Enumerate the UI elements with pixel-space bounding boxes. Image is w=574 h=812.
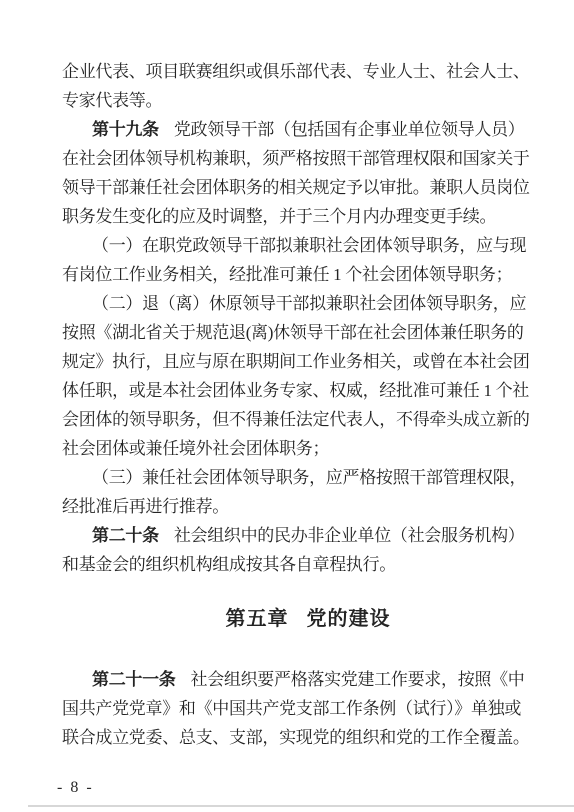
body-lines-2: 第二十一条社会组织要严格落实党建工作要求，按照《中国共产党党章》和《中国共产党支… xyxy=(62,665,534,752)
body-lines-1: 企业代表、项目联赛组织或俱乐部代表、专业人士、社会人士、专家代表等。第十九条党政… xyxy=(62,57,534,579)
chapter-title: 党的建设 xyxy=(307,608,391,630)
document-content: 企业代表、项目联赛组织或俱乐部代表、专业人士、社会人士、专家代表等。第十九条党政… xyxy=(62,57,534,752)
line-text: 有岗位工作业务相关，经批准可兼任 1 个社会团体领导职务； xyxy=(62,265,512,284)
line-text: 专家代表等。 xyxy=(62,91,162,110)
document-line: 按照《湖北省关于规范退(离)休领导干部在社会团体兼任职务的 xyxy=(62,318,534,347)
document-line: （三）兼任社会团体领导职务，应严格按照干部管理权限， xyxy=(62,463,534,492)
document-line: 会团体的领导职务，但不得兼任法定代表人，不得牵头成立新的 xyxy=(62,405,534,434)
document-line: 社会团体或兼任境外社会团体职务； xyxy=(62,434,534,463)
article-number: 第二十条 xyxy=(92,526,159,545)
document-line: 第二十条社会组织中的民办非企业单位（社会服务机构） xyxy=(62,521,534,550)
line-text: 和基金会的组织机构组成按其各自章程执行。 xyxy=(62,555,396,574)
document-line: 企业代表、项目联赛组织或俱乐部代表、专业人士、社会人士、 xyxy=(62,57,534,86)
line-text: 国共产党党章》和《中国共产党支部工作条例（试行）》单独或 xyxy=(62,699,521,718)
line-text: 规定》执行，且应与原在职期间工作业务相关，或曾在本社会团 xyxy=(62,352,530,371)
line-text: 经批准后再进行推荐。 xyxy=(62,497,229,516)
line-text: 按照《湖北省关于规范退(离)休领导干部在社会团体兼任职务的 xyxy=(62,323,524,342)
line-text: （二）退（离）休原领导干部拟兼职社会团体领导职务，应 xyxy=(92,294,526,313)
document-line: （一）在职党政领导干部拟兼职社会团体领导职务，应与现 xyxy=(62,231,534,260)
chapter-number: 第五章 xyxy=(226,608,289,630)
document-line: 职务发生变化的应及时调整，并于三个月内办理变更手续。 xyxy=(62,202,534,231)
document-line: 第二十一条社会组织要严格落实党建工作要求，按照《中 xyxy=(62,665,534,694)
line-text: 职务发生变化的应及时调整，并于三个月内办理变更手续。 xyxy=(62,207,496,226)
page-number: - 8 - xyxy=(57,779,94,797)
document-line: 专家代表等。 xyxy=(62,86,534,115)
line-text: 党政领导干部（包括国有企事业单位领导人员） xyxy=(174,120,525,139)
document-line: 国共产党党章》和《中国共产党支部工作条例（试行）》单独或 xyxy=(62,694,534,723)
document-line: 第十九条党政领导干部（包括国有企事业单位领导人员） xyxy=(62,115,534,144)
document-line: 经批准后再进行推荐。 xyxy=(62,492,534,521)
document-line: （二）退（离）休原领导干部拟兼职社会团体领导职务，应 xyxy=(62,289,534,318)
document-line: 联合成立党委、总支、支部，实现党的组织和党的工作全覆盖。 xyxy=(62,723,534,752)
line-text: 体任职，或是本社会团体业务专家、权威，经批准可兼任 1 个社 xyxy=(62,381,529,400)
line-text: 领导干部兼任社会团体职务的相关规定予以审批。兼职人员岗位 xyxy=(62,178,530,197)
line-text: （三）兼任社会团体领导职务，应严格按照干部管理权限， xyxy=(92,468,526,487)
document-line: 有岗位工作业务相关，经批准可兼任 1 个社会团体领导职务； xyxy=(62,260,534,289)
line-text: 社会团体或兼任境外社会团体职务； xyxy=(62,439,329,458)
document-line: 体任职，或是本社会团体业务专家、权威，经批准可兼任 1 个社 xyxy=(62,376,534,405)
chapter-heading: 第五章党的建设 xyxy=(72,605,544,634)
line-text: 企业代表、项目联赛组织或俱乐部代表、专业人士、社会人士、 xyxy=(62,62,530,81)
line-text: 会团体的领导职务，但不得兼任法定代表人，不得牵头成立新的 xyxy=(62,410,530,429)
document-line: 规定》执行，且应与原在职期间工作业务相关，或曾在本社会团 xyxy=(62,347,534,376)
line-text: （一）在职党政领导干部拟兼职社会团体领导职务，应与现 xyxy=(92,236,526,255)
line-text: 在社会团体领导机构兼职，须严格按照干部管理权限和国家关于 xyxy=(62,149,530,168)
document-line: 领导干部兼任社会团体职务的相关规定予以审批。兼职人员岗位 xyxy=(62,173,534,202)
document-page: 企业代表、项目联赛组织或俱乐部代表、专业人士、社会人士、专家代表等。第十九条党政… xyxy=(0,0,574,812)
line-text: 社会组织要严格落实党建工作要求，按照《中 xyxy=(191,670,525,689)
document-line: 和基金会的组织机构组成按其各自章程执行。 xyxy=(62,550,534,579)
line-text: 社会组织中的民办非企业单位（社会服务机构） xyxy=(174,526,525,545)
scan-artifact-line xyxy=(28,805,574,807)
document-line: 在社会团体领导机构兼职，须严格按照干部管理权限和国家关于 xyxy=(62,144,534,173)
line-text: 联合成立党委、总支、支部，实现党的组织和党的工作全覆盖。 xyxy=(62,728,530,747)
article-number: 第二十一条 xyxy=(92,670,176,689)
article-number: 第十九条 xyxy=(92,120,159,139)
